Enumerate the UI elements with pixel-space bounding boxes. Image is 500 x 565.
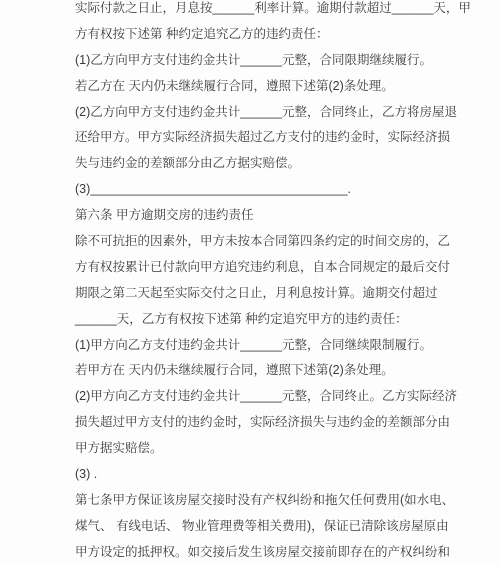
text-line: 实际付款之日止，月息按______利率计算。逾期付款超过______天，甲 xyxy=(75,0,445,22)
text-line: (2)乙方向甲方支付违约金共计______元整，合同终止，乙方将房屋退 xyxy=(75,100,445,126)
text-line: (3) . xyxy=(75,462,445,488)
text-line: 甲方设定的抵押权。如交接后发生该房屋交接前即存在的产权纠纷和 xyxy=(75,540,445,565)
text-line: 还给甲方。甲方实际经济损失超过乙方支付的违约金时，实际经济损 xyxy=(75,125,445,151)
text-line: 除不可抗拒的因素外，甲方未按本合同第四条约定的时间交房的，乙 xyxy=(75,229,445,255)
section-heading-article-7: 第七条甲方保证该房屋交接时没有产权纠纷和拖欠任何费用(如水电、 xyxy=(75,488,445,514)
text-line: 方有权按下述第 种约定追究乙方的违约责任： xyxy=(75,22,445,48)
text-line: (1)乙方向甲方支付违约金共计______元整，合同限期继续履行。 xyxy=(75,48,445,74)
text-line: 若甲方在 天内仍未继续履行合同，遵照下述第(2)条处理。 xyxy=(75,358,445,384)
text-line: 失与违约金的差额部分由乙方据实赔偿。 xyxy=(75,151,445,177)
text-line: ______天，乙方有权按下述第 种约定追究甲方的违约责任： xyxy=(75,307,445,333)
text-line: (1)甲方向乙方支付违约金共计______元整，合同继续限制履行。 xyxy=(75,333,445,359)
text-line: 煤气、 有线电话、 物业管理费等相关费用)，保证已清除该房屋原由 xyxy=(75,514,445,540)
text-line-blank-underline: (3)_____________________________________… xyxy=(75,177,445,203)
contract-text-body: 实际付款之日止，月息按______利率计算。逾期付款超过______天，甲 方有… xyxy=(75,0,445,565)
text-line: 方有权按累计已付款向甲方追究违约利息，自本合同规定的最后交付 xyxy=(75,255,445,281)
text-line: 损失超过甲方支付的违约金时，实际经济损失与违约金的差额部分由 xyxy=(75,410,445,436)
section-heading-article-6: 第六条 甲方逾期交房的违约责任 xyxy=(75,203,445,229)
text-line: (2)甲方向乙方支付违约金共计______元整，合同终止。乙方实际经济 xyxy=(75,384,445,410)
text-line: 期限之第二天起至实际交付之日止，月利息按计算。逾期交付超过 xyxy=(75,281,445,307)
text-line: 若乙方在 天内仍未继续履行合同，遵照下述第(2)条处理。 xyxy=(75,74,445,100)
text-line: 甲方据实赔偿。 xyxy=(75,436,445,462)
contract-document-page: 实际付款之日止，月息按______利率计算。逾期付款超过______天，甲 方有… xyxy=(0,0,500,565)
